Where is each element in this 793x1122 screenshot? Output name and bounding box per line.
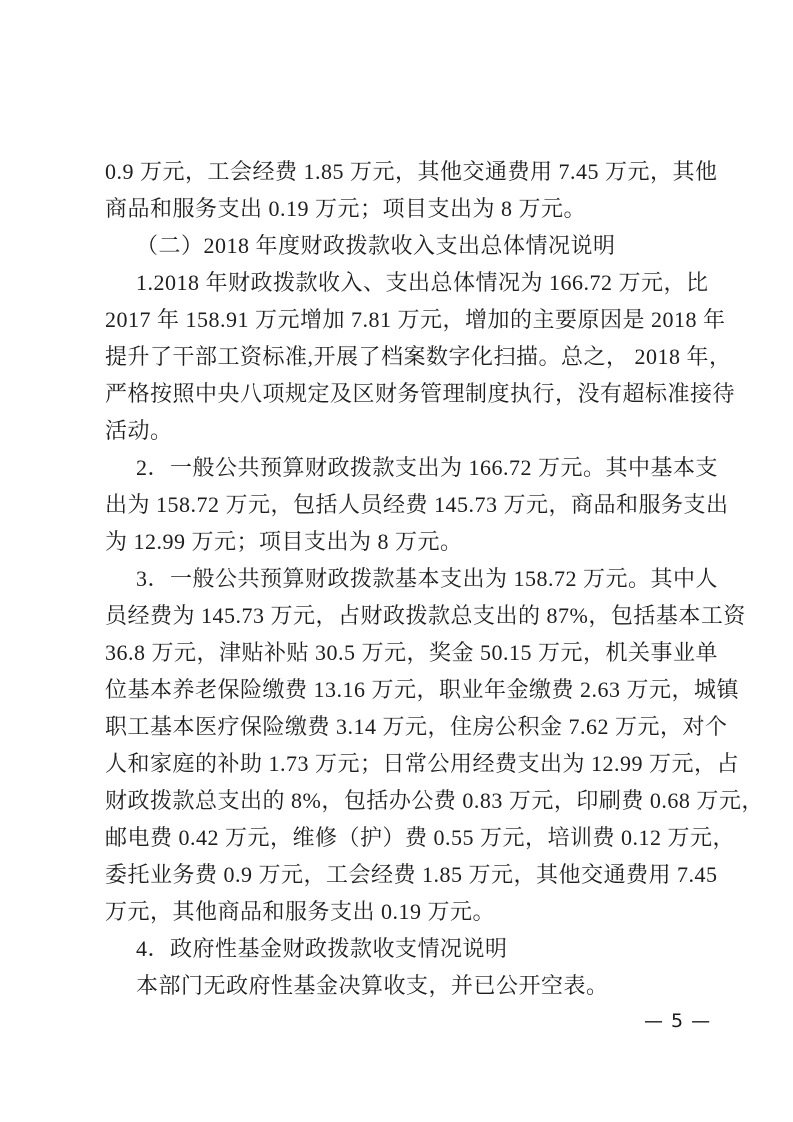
text-line: 位基本养老保险缴费 13.16 万元，职业年金缴费 2.63 万元，城镇 [105,671,705,708]
text-line: 提升了干部工资标准,开展了档案数字化扫描。总之， 2018 年， [105,338,705,375]
text-line: （二）2018 年度财政拨款收入支出总体情况说明 [105,227,705,264]
text-line: 委托业务费 0.9 万元，工会经费 1.85 万元，其他交通费用 7.45 [105,856,705,893]
text-line: 1.2018 年财政拨款收入、支出总体情况为 166.72 万元，比 [105,264,705,301]
text-block: 0.9 万元，工会经费 1.85 万元，其他交通费用 7.45 万元，其他商品和… [105,153,705,1004]
text-line: 职工基本医疗保险缴费 3.14 万元，住房公积金 7.62 万元，对个 [105,708,705,745]
text-line: 为 12.99 万元；项目支出为 8 万元。 [105,523,705,560]
text-line: 活动。 [105,412,705,449]
text-line: 财政拨款总支出的 8%，包括办公费 0.83 万元，印刷费 0.68 万元， [105,782,705,819]
text-line: 3．一般公共预算财政拨款基本支出为 158.72 万元。其中人 [105,560,705,597]
text-line: 36.8 万元，津贴补贴 30.5 万元，奖金 50.15 万元，机关事业单 [105,634,705,671]
page-number: — 5 — [644,1010,711,1032]
text-line: 严格按照中央八项规定及区财务管理制度执行，没有超标准接待 [105,375,705,412]
text-line: 0.9 万元，工会经费 1.85 万元，其他交通费用 7.45 万元，其他 [105,153,705,190]
text-line: 2017 年 158.91 万元增加 7.81 万元，增加的主要原因是 2018… [105,301,705,338]
text-line: 商品和服务支出 0.19 万元；项目支出为 8 万元。 [105,190,705,227]
text-line: 万元，其他商品和服务支出 0.19 万元。 [105,893,705,930]
text-line: 员经费为 145.73 万元，占财政拨款总支出的 87%，包括基本工资 [105,597,705,634]
text-line: 本部门无政府性基金决算收支，并已公开空表。 [105,967,705,1004]
text-line: 出为 158.72 万元，包括人员经费 145.73 万元，商品和服务支出 [105,486,705,523]
text-line: 2．一般公共预算财政拨款支出为 166.72 万元。其中基本支 [105,449,705,486]
text-line: 邮电费 0.42 万元，维修（护）费 0.55 万元，培训费 0.12 万元， [105,819,705,856]
document-page: 0.9 万元，工会经费 1.85 万元，其他交通费用 7.45 万元，其他商品和… [0,0,793,1122]
text-line: 4．政府性基金财政拨款收支情况说明 [105,930,705,967]
text-line: 人和家庭的补助 1.73 万元；日常公用经费支出为 12.99 万元，占 [105,745,705,782]
document-scan: { "document": { "lines": [ { "text": "0.… [0,0,793,1122]
